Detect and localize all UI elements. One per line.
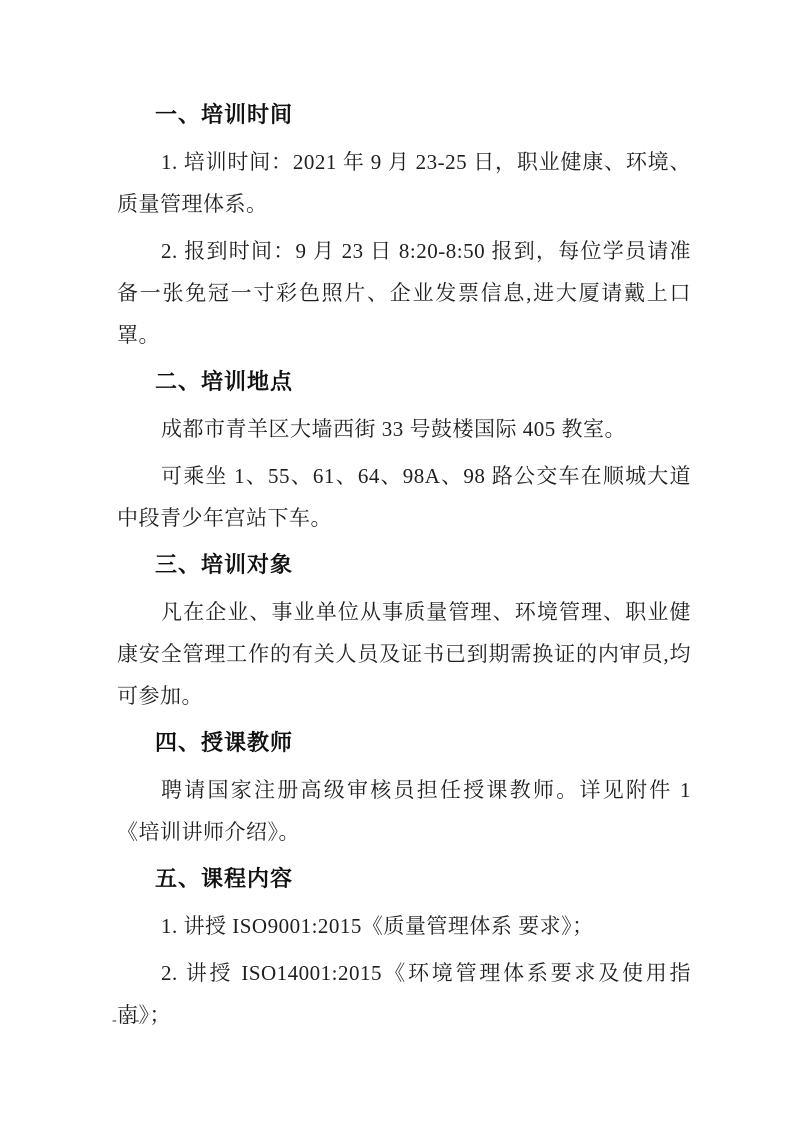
paragraph-bus-routes: 可乘坐 1、55、61、64、98A、98 路公交车在顺城大道中段青少年宫站下车… bbox=[117, 455, 691, 539]
section-heading-instructors: 四、授课教师 bbox=[117, 722, 691, 764]
section-heading-course-content: 五、课程内容 bbox=[117, 858, 691, 900]
page-number: - 2 - bbox=[112, 1013, 140, 1029]
paragraph-address: 成都市青羊区大墙西街 33 号鼓楼国际 405 教室。 bbox=[117, 408, 691, 450]
paragraph-instructors: 聘请国家注册高级审核员担任授课教师。详见附件 1《培训讲师介绍》。 bbox=[117, 769, 691, 853]
paragraph-checkin-time: 2. 报到时间：9 月 23 日 8:20-8:50 报到，每位学员请准备一张免… bbox=[117, 230, 691, 356]
section-heading-training-audience: 三、培训对象 bbox=[117, 544, 691, 586]
paragraph-course-iso14001: 2. 讲授 ISO14001:2015《环境管理体系要求及使用指南》； bbox=[117, 952, 691, 1036]
paragraph-training-time: 1. 培训时间：2021 年 9 月 23-25 日，职业健康、环境、质量管理体… bbox=[117, 141, 691, 225]
document-page: 一、培训时间 1. 培训时间：2021 年 9 月 23-25 日，职业健康、环… bbox=[117, 94, 691, 1041]
section-heading-training-time: 一、培训时间 bbox=[117, 94, 691, 136]
section-heading-training-location: 二、培训地点 bbox=[117, 361, 691, 403]
paragraph-audience: 凡在企业、事业单位从事质量管理、环境管理、职业健康安全管理工作的有关人员及证书已… bbox=[117, 591, 691, 717]
paragraph-course-iso9001: 1. 讲授 ISO9001:2015《质量管理体系 要求》； bbox=[117, 905, 691, 947]
